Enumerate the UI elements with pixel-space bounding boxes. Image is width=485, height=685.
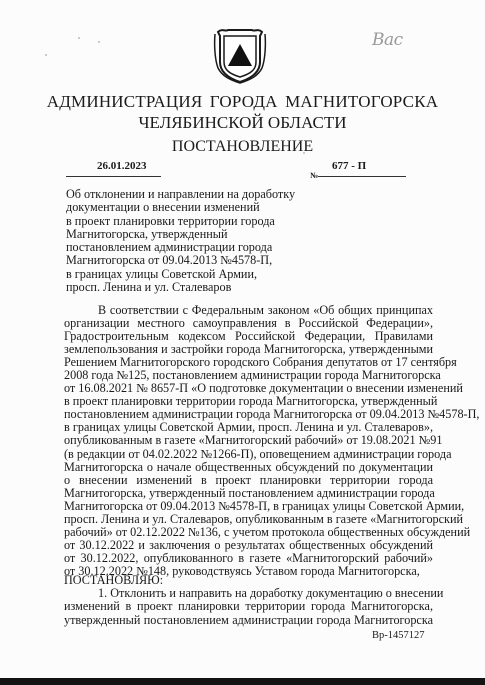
document-page: Вас АДМИНИСТРАЦИЯ ГОРОДА МАГНИТОГОРСКА Ч…	[0, 0, 485, 678]
body-line: от 30.12.2022, опубликованного в газете …	[64, 552, 433, 565]
body-line: от 30.12.2022 и заключения о результатах…	[64, 539, 433, 552]
item-line: изменений в проект планировки территории…	[64, 600, 433, 613]
body-line: просп. Ленина и ул. Сталеваров, опублико…	[64, 513, 433, 526]
handwritten-note: Вас	[372, 30, 403, 50]
number-underline	[318, 176, 406, 177]
preamble-paragraph: В соответствии с Федеральным законом «Об…	[64, 304, 433, 578]
scan-speck	[303, 152, 305, 154]
reference-number: Вр-1457127	[372, 630, 425, 641]
subject-line: Об отклонении и направлении на доработку	[66, 188, 316, 201]
body-line: Магнитогорска о начале общественных обсу…	[64, 461, 433, 474]
subject-line: документации о внесении изменений	[66, 201, 316, 214]
scan-speck	[45, 54, 47, 56]
body-line: Магнитогорска, утвержденный постановлени…	[64, 487, 433, 500]
page-bottom-edge	[0, 678, 485, 685]
region-name: ЧЕЛЯБИНСКОЙ ОБЛАСТИ	[0, 113, 485, 133]
subject-line: просп. Ленина и ул. Сталеваров	[66, 281, 316, 294]
subject-line: Магнитогорска от 09.04.2013 №4578-П,	[66, 254, 316, 267]
date-underline	[66, 176, 161, 177]
scan-speck	[78, 37, 80, 39]
item-line: утвержденный постановлением администраци…	[64, 614, 433, 627]
body-line: опубликованным в газете «Магнитогорский …	[64, 434, 433, 447]
city-coat-of-arms-icon	[212, 26, 268, 84]
document-date: 26.01.2023	[97, 160, 147, 172]
item-line: 1. Отклонить и направить на доработку до…	[64, 587, 433, 600]
number-label: №	[310, 171, 318, 180]
subject-line: в проект планировки территории города	[66, 215, 316, 228]
body-line: Магнитогорска от 09.04.2013 №4578-П, в г…	[64, 500, 433, 513]
body-line: (в редакции от 04.02.2022 №1266-П), опов…	[64, 448, 433, 461]
subject-line: в границах улицы Советской Армии,	[66, 268, 316, 281]
body-line: рабочий» от 02.12.2022 №136, с учетом пр…	[64, 526, 433, 539]
document-type: ПОСТАНОВЛЕНИЕ	[0, 138, 485, 156]
subject-line: Магнитогорска, утвержденный	[66, 228, 316, 241]
organization-name: АДМИНИСТРАЦИЯ ГОРОДА МАГНИТОГОРСКА	[0, 92, 485, 112]
subject-line: постановлением администрации города	[66, 241, 316, 254]
document-subject: Об отклонении и направлении на доработку…	[66, 188, 316, 294]
resolution-item-1: 1. Отклонить и направить на доработку до…	[64, 587, 433, 627]
body-line: о внесении изменений в проект планировки…	[64, 474, 433, 487]
document-number: 677 - П	[332, 160, 366, 172]
scan-speck	[98, 41, 100, 43]
